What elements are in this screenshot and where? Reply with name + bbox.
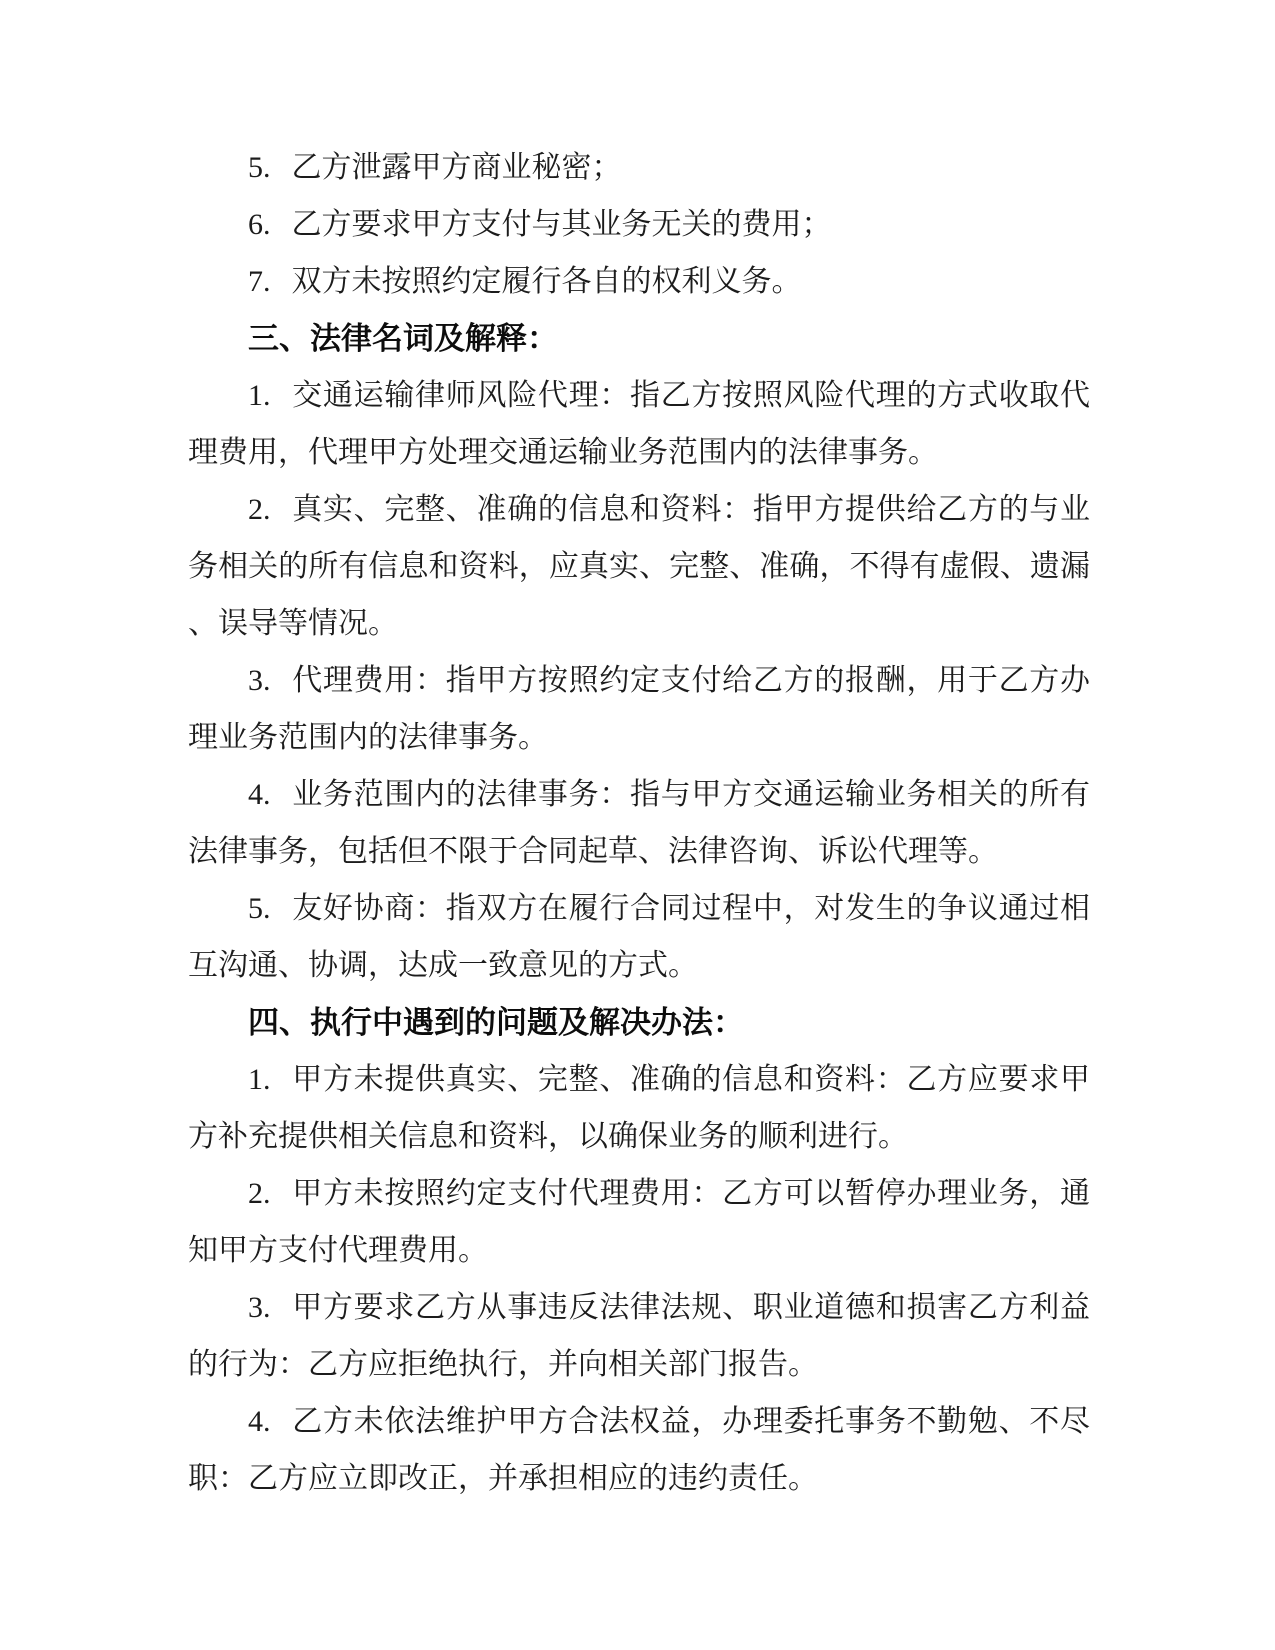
clause-number: 5.: [248, 892, 271, 925]
clause-text: 甲方要求乙方从事违反法律法规、职业道德和损害乙方利益的行为：乙方应拒绝执行，并向…: [188, 1291, 1090, 1381]
clause-text: 代理费用：指甲方按照约定支付给乙方的报酬，用于乙方办理业务范围内的法律事务。: [188, 664, 1090, 754]
clause-item: 2.甲方未按照约定支付代理费用：乙方可以暂停办理业务，通知甲方支付代理费用。: [188, 1165, 1090, 1279]
clause-number: 4.: [248, 778, 271, 811]
clause-text: 友好协商：指双方在履行合同过程中，对发生的争议通过相互沟通、协调，达成一致意见的…: [188, 892, 1090, 982]
section-heading-4: 四、执行中遇到的问题及解决办法：: [188, 994, 1090, 1051]
document-page: 5.乙方泄露甲方商业秘密； 6.乙方要求甲方支付与其业务无关的费用； 7.双方未…: [0, 0, 1275, 1650]
clause-item: 7.双方未按照约定履行各自的权利义务。: [188, 253, 1090, 310]
clause-text: 业务范围内的法律事务：指与甲方交通运输业务相关的所有法律事务，包括但不限于合同起…: [188, 778, 1090, 868]
clause-number: 2.: [248, 1177, 271, 1210]
clause-text: 甲方未按照约定支付代理费用：乙方可以暂停办理业务，通知甲方支付代理费用。: [188, 1177, 1090, 1267]
clause-text: 乙方未依法维护甲方合法权益，办理委托事务不勤勉、不尽职：乙方应立即改正，并承担相…: [188, 1405, 1090, 1495]
clause-text: 双方未按照约定履行各自的权利义务。: [292, 265, 802, 298]
clause-number: 1.: [248, 379, 271, 412]
clause-item: 5.乙方泄露甲方商业秘密；: [188, 139, 1090, 196]
clause-number: 2.: [248, 493, 271, 526]
clause-number: 5.: [248, 151, 271, 184]
clause-text: 真实、完整、准确的信息和资料：指甲方提供给乙方的与业务相关的所有信息和资料，应真…: [188, 493, 1090, 640]
clause-item: 4.乙方未依法维护甲方合法权益，办理委托事务不勤勉、不尽职：乙方应立即改正，并承…: [188, 1393, 1090, 1507]
clause-item: 5.友好协商：指双方在履行合同过程中，对发生的争议通过相互沟通、协调，达成一致意…: [188, 880, 1090, 994]
clause-number: 3.: [248, 1291, 271, 1324]
clause-item: 1.交通运输律师风险代理：指乙方按照风险代理的方式收取代理费用，代理甲方处理交通…: [188, 367, 1090, 481]
clause-number: 3.: [248, 664, 271, 697]
clause-number: 6.: [248, 208, 271, 241]
clause-number: 1.: [248, 1063, 271, 1096]
clause-number: 4.: [248, 1405, 271, 1438]
clause-item: 4.业务范围内的法律事务：指与甲方交通运输业务相关的所有法律事务，包括但不限于合…: [188, 766, 1090, 880]
section-heading-3: 三、法律名词及解释：: [188, 310, 1090, 367]
clause-text: 乙方泄露甲方商业秘密；: [292, 151, 622, 184]
clause-text: 甲方未提供真实、完整、准确的信息和资料：乙方应要求甲方补充提供相关信息和资料，以…: [188, 1063, 1090, 1153]
clause-text: 乙方要求甲方支付与其业务无关的费用；: [292, 208, 832, 241]
document-body: 5.乙方泄露甲方商业秘密； 6.乙方要求甲方支付与其业务无关的费用； 7.双方未…: [188, 139, 1090, 1507]
clause-item: 6.乙方要求甲方支付与其业务无关的费用；: [188, 196, 1090, 253]
clause-item: 2.真实、完整、准确的信息和资料：指甲方提供给乙方的与业务相关的所有信息和资料，…: [188, 481, 1090, 652]
clause-item: 1.甲方未提供真实、完整、准确的信息和资料：乙方应要求甲方补充提供相关信息和资料…: [188, 1051, 1090, 1165]
clause-item: 3.代理费用：指甲方按照约定支付给乙方的报酬，用于乙方办理业务范围内的法律事务。: [188, 652, 1090, 766]
clause-number: 7.: [248, 265, 271, 298]
clause-item: 3.甲方要求乙方从事违反法律法规、职业道德和损害乙方利益的行为：乙方应拒绝执行，…: [188, 1279, 1090, 1393]
clause-text: 交通运输律师风险代理：指乙方按照风险代理的方式收取代理费用，代理甲方处理交通运输…: [188, 379, 1090, 469]
